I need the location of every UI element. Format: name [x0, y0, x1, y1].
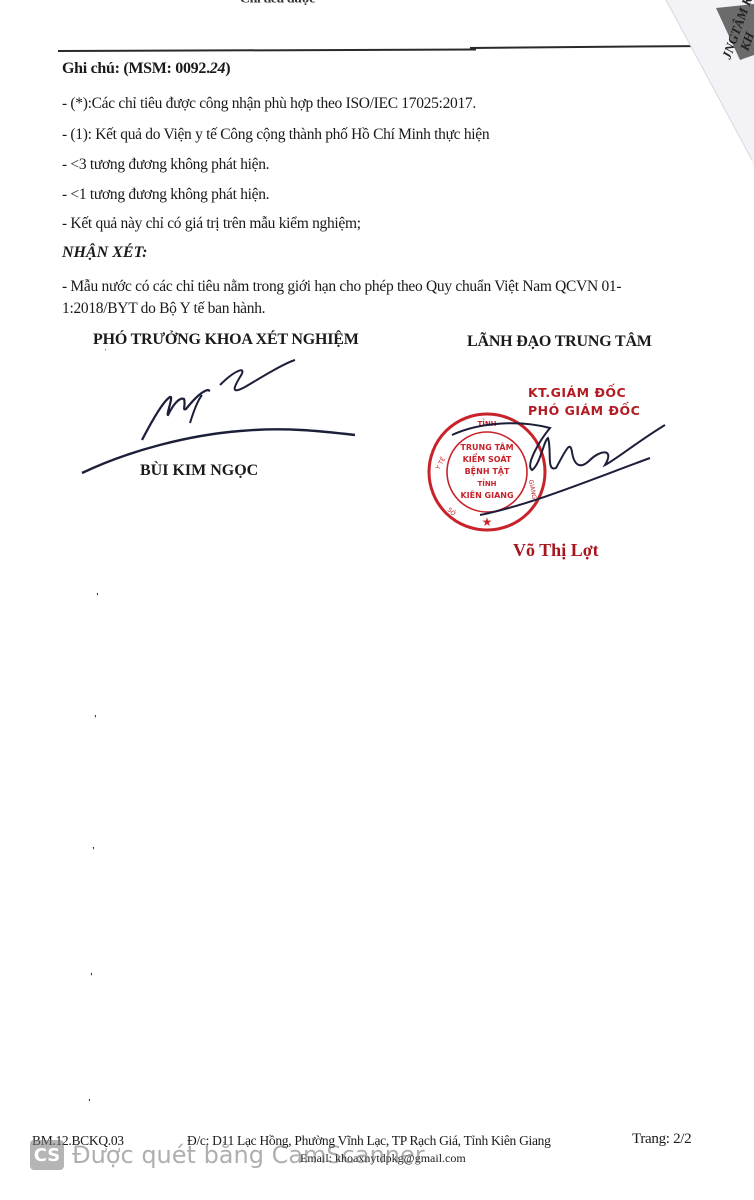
note-item: - <1 tương đương không phát hiện.	[62, 186, 269, 204]
note-item: - Kết quả này chỉ có giá trị trên mẫu ki…	[62, 215, 361, 233]
left-signer-title: PHÓ TRƯỞNG KHOA XÉT NGHIỆM	[93, 331, 359, 349]
margin-mark: '	[94, 714, 97, 725]
remarks-title: NHẬN XÉT:	[62, 244, 147, 262]
margin-mark: '	[88, 1098, 91, 1109]
camscanner-logo-icon: CS	[30, 1140, 64, 1170]
right-signer-title: LÃNH ĐẠO TRUNG TÂM	[467, 333, 652, 351]
notes-title: Ghi chú: (MSM: 0092.24)	[62, 60, 230, 78]
scanner-watermark: CS Được quét bằng CamScanner	[30, 1140, 425, 1170]
sample-number-handwritten: 24	[210, 60, 225, 77]
notes-title-prefix: Ghi chú: (MSM: 0092.	[62, 60, 210, 77]
margin-mark: '	[92, 846, 95, 857]
section-divider	[58, 49, 476, 52]
note-item: - (1): Kết quả do Viện y tế Công cộng th…	[62, 126, 489, 144]
page-number: Trang: 2/2	[632, 1131, 691, 1148]
right-signature	[440, 410, 680, 530]
page-fold-corner: JNGTÂM K KH	[644, 0, 754, 170]
deputy-role-line1: KT.GIÁM ĐỐC	[528, 385, 626, 400]
note-item: - <3 tương đương không phát hiện.	[62, 156, 269, 174]
margin-mark: '	[96, 592, 99, 603]
right-signer-name: Võ Thị Lợt	[513, 540, 599, 561]
margin-mark: ˌ	[104, 340, 107, 351]
watermark-text: Được quét bằng CamScanner	[72, 1141, 425, 1169]
remarks-text: - Mẫu nước có các chỉ tiêu nằm trong giớ…	[62, 276, 652, 320]
note-item: - (*):Các chỉ tiêu được công nhận phù hợ…	[62, 95, 476, 113]
cut-off-text: Chỉ tiêu được	[240, 0, 315, 6]
notes-title-suffix: )	[225, 60, 230, 77]
margin-mark: '	[90, 972, 93, 983]
left-signer-name: BÙI KIM NGỌC	[140, 462, 258, 480]
